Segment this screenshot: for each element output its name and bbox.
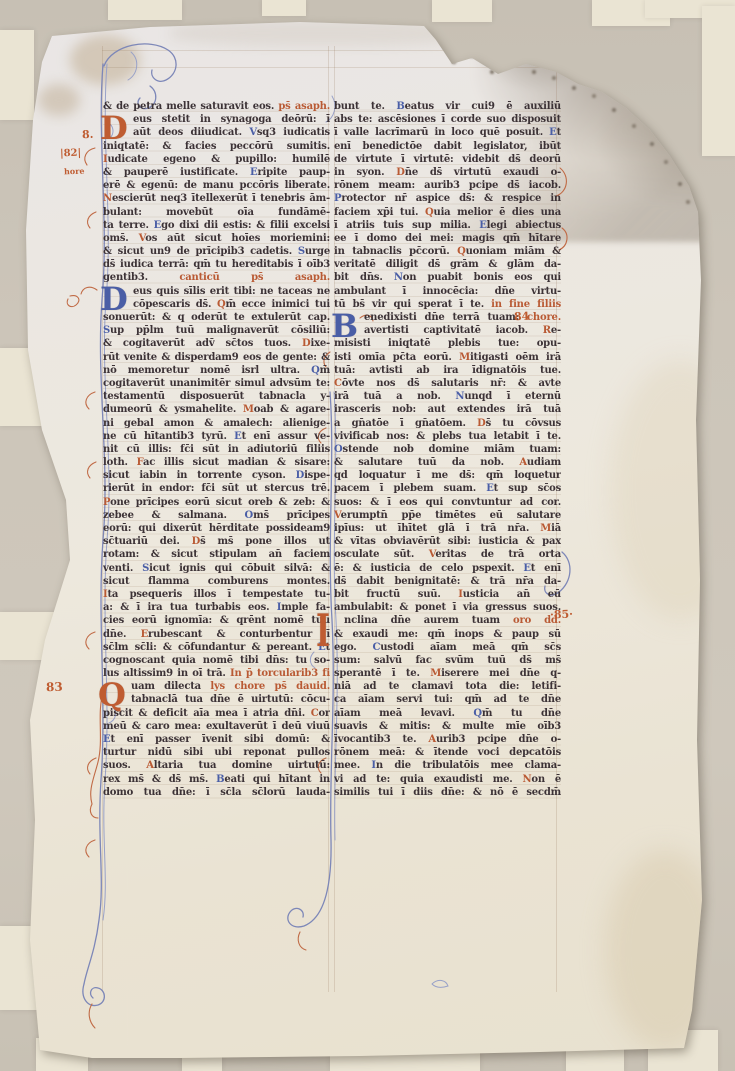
- rubric-segment: Q: [457, 246, 466, 257]
- text-segment: os aūt sicut hoīes moriemini:: [145, 233, 330, 244]
- text-segment: sc̄lm sc̄li: & cōfundantur & pereant.: [103, 642, 318, 653]
- text-segment: ī valle lacrīmarū in loco quē posuit.: [334, 127, 549, 138]
- text-segment: & pauperē iustificate.: [103, 167, 250, 178]
- text-segment: meū & caro mea: exultaverūt ī deū viuū: [103, 721, 330, 732]
- text-line: a gn̄atōe ī gn̄atōem. Ds̄ tu cōvsus: [334, 417, 561, 430]
- text-segment: a: & ī ira tua turbabis eos.: [103, 602, 277, 613]
- rubric-segment: S: [298, 246, 305, 257]
- text-segment: usticia an̄ eū: [463, 589, 561, 600]
- text-line: domo tua dn̄e: ī sc̄la sc̄lorū lauda-: [103, 786, 330, 799]
- text-segment: udicate egeno & pupillo: humilē: [107, 154, 330, 165]
- text-line: sicut flamma comburens montes.: [103, 575, 330, 588]
- text-line: misisti iniqtatē plebis tue: opu-: [334, 337, 561, 350]
- text-line: rūt venite & disperdam9 eos de gente: &: [103, 351, 330, 364]
- text-line: & de petra melle saturavit eos. ps̄ asap…: [103, 100, 330, 113]
- text-line: mee. In die tribulatōis mee clama-: [334, 759, 561, 772]
- text-line: vi ad te: quia exaudisti me. Non ē: [334, 773, 561, 786]
- text-line: ī valle lacrīmarū in loco quē posuit. Et: [334, 126, 561, 139]
- rubric-segment: B: [396, 101, 404, 112]
- text-segment: & exaudi me: qm̄ inops & paup sū: [334, 629, 561, 640]
- text-line: ds̄ iudica terrā: qm̄ tu hereditabis ī o…: [103, 258, 330, 271]
- text-segment: misisti iniqtatē plebis tue: opu-: [334, 338, 561, 349]
- text-segment: dn̄e.: [103, 629, 141, 640]
- text-line: Ita psequeris illos ī tempestate tu-: [103, 588, 330, 601]
- text-segment: ta psequeris illos ī tempestate tu-: [107, 589, 330, 600]
- text-segment: or: [318, 708, 330, 719]
- text-segment: s̄ ms̄ pone illos ut: [200, 536, 330, 547]
- rubric-segment: N: [103, 193, 112, 204]
- text-line: tabnaclā tua dn̄e ē uirtutū: cōcu-: [103, 693, 330, 706]
- text-line: qd̄ loquatur ī me ds̄: qm̄ loquetur: [334, 469, 561, 482]
- rubric-segment: O: [245, 510, 254, 521]
- text-line: faciem xp̄i tui. Quia melior ē dies una: [334, 206, 561, 219]
- text-segment: udiam: [527, 457, 561, 468]
- text-segment: iā: [551, 523, 561, 534]
- rubric-segment: Q: [425, 207, 434, 218]
- text-segment: eritas de trā orta: [435, 549, 561, 560]
- rubric-segment: Q: [217, 299, 226, 310]
- text-segment: t: [557, 127, 561, 138]
- text-segment: stende nob̄ domine miām tuam:: [343, 444, 561, 455]
- text-line: Cōvte nos ds̄ salutaris nr̄: & avte: [334, 377, 561, 390]
- text-segment: & sicut un9 de prīcipib3 cadetis.: [103, 246, 298, 257]
- text-segment: suos: & ī eos qui convtuntur ad cor.: [334, 497, 561, 508]
- text-segment: a gn̄atōe ī gn̄atōem.: [334, 418, 477, 429]
- text-segment: dumeorū & ysmahelite.: [103, 404, 243, 415]
- rubric-segment: E: [549, 127, 556, 138]
- text-segment: ltaria tua domine uirtutū:: [154, 760, 330, 771]
- text-line: enī benedictōe dabit legislator, ibūt: [334, 140, 561, 153]
- illuminated-initial: Q: [98, 679, 126, 711]
- text-line: irasceris nob̄: aut extendes irā tuā: [334, 403, 561, 416]
- rubric-segment: in fine filiis: [491, 299, 561, 310]
- text-segment: ca aīam servi tui: qm̄ ad te dn̄e: [334, 694, 561, 705]
- text-segment: piscit & deficit aīa mea ī atria dn̄i.: [103, 708, 311, 719]
- manuscript-photo: & de petra melle saturavit eos. ps̄ asap…: [0, 0, 735, 1071]
- text-segment: vivificab̄ nos: & plebs tua letabit ī te…: [334, 431, 561, 442]
- text-segment: faciem xp̄i tui.: [334, 207, 425, 218]
- text-segment: enedixisti dn̄e terrā tuam:: [364, 312, 527, 323]
- text-segment: ee ī domo dei mei: magis qm̄ hītare: [334, 233, 561, 244]
- text-segment: similis tui ī diis dn̄e: & nō ē secdm̄: [334, 787, 561, 798]
- text-segment: sc̄tuariū dei.: [103, 536, 192, 547]
- text-segment: aīam meā levavi.: [334, 708, 473, 719]
- rubric-segment: P: [103, 497, 110, 508]
- text-segment: bit fructū suū.: [334, 589, 458, 600]
- text-line: iniqtatē: & facies peccōrū sumitis.: [103, 140, 330, 153]
- text-line: uam dilecta lys chore ps̄ dauid.: [103, 680, 330, 693]
- text-segment: rex ms̄ & ds̄ ms̄.: [103, 774, 216, 785]
- text-line: ambulant ī innocēcia: dn̄e virtu-: [334, 285, 561, 298]
- rubric-segment: A: [146, 760, 154, 771]
- text-segment: m̄ tu dn̄e: [482, 708, 561, 719]
- text-segment: bunt te.: [334, 101, 396, 112]
- rubric-segment: R: [543, 325, 551, 336]
- text-segment: tabnaclā tua dn̄e ē uirtutū: cōcu-: [131, 694, 330, 705]
- text-segment: oab & agare-: [254, 404, 330, 415]
- text-segment: ī atriis tuis sup milia.: [334, 220, 479, 231]
- rubric-segment: M: [243, 404, 254, 415]
- text-line: nclina dn̄e aurem tuam oro dd̄.: [334, 614, 561, 627]
- rubric-segment: E: [234, 431, 241, 442]
- text-segment: isti omīa pc̄ta eorū.: [334, 352, 459, 363]
- rubric-segment: A: [428, 734, 436, 745]
- text-line: cognoscant quia nomē tibi dn̄s: tu so-: [103, 654, 330, 667]
- text-line: & exaudi me: qm̄ inops & paup sū: [334, 628, 561, 641]
- text-segment: venti.: [103, 563, 142, 574]
- text-segment: go dixi dii estis: & filii excelsi: [161, 220, 330, 231]
- text-segment: uam dilecta: [131, 681, 210, 692]
- text-line: & salutare tuū da nob̄. Audiam: [334, 456, 561, 469]
- text-segment: ē: & iusticia de celo pspexit.: [334, 563, 523, 574]
- text-line: tuā: avtisti ab ira īdignatōis tue.: [334, 364, 561, 377]
- text-segment: uia melior ē dies una: [434, 207, 562, 218]
- margin-annotation: hore: [64, 166, 85, 177]
- margin-annotation: 83: [46, 680, 63, 695]
- text-segment: ambulant ī innocēcia: dn̄e virtu-: [334, 286, 561, 297]
- rubric-segment: E: [523, 563, 530, 574]
- text-segment: veritatē diligit ds̄ grām & glām da-: [334, 259, 561, 270]
- text-segment: & salutare tuū da nob̄.: [334, 457, 519, 468]
- margin-annotation: |82|: [60, 148, 82, 160]
- text-segment: ac illis sicut madian & sisare:: [143, 457, 330, 468]
- text-segment: unqd̄ ī eternū: [464, 391, 561, 402]
- rubric-segment: M: [540, 523, 551, 534]
- text-line: suavis & mitis: & multe mīe oīb3: [334, 720, 561, 733]
- text-segment: legi abiectus: [487, 220, 561, 231]
- text-segment: & de petra melle saturavit eos.: [103, 101, 278, 112]
- text-segment: m̄ ecce inimici tui: [226, 299, 331, 310]
- text-line: Ostende nob̄ domine miām tuam:: [334, 443, 561, 456]
- text-segment: t enī: [531, 563, 561, 574]
- text-segment: eorū: qui dixerūt hērditate possideam9: [103, 523, 330, 534]
- rubric-segment: V: [334, 510, 341, 521]
- text-segment: e-: [551, 325, 561, 336]
- text-line: ego. Custodi aīam meā qm̄ sc̄s: [334, 641, 561, 654]
- text-segment: rōnem meā: & ītende voci depcatōis: [334, 747, 561, 758]
- rubric-segment: A: [519, 457, 527, 468]
- text-line: aīam meā levavi. Qm̄ tu dn̄e: [334, 707, 561, 720]
- text-segment: nō memoretur nomē isrl̄ ultra.: [103, 365, 311, 376]
- text-segment: sq3 iudicatis: [257, 127, 330, 138]
- text-line: vivificab̄ nos: & plebs tua letabit ī te…: [334, 430, 561, 443]
- text-segment: icut ignis qui cōbuit silvā: &: [149, 563, 330, 574]
- text-column-a: & de petra melle saturavit eos. ps̄ asap…: [103, 100, 330, 801]
- text-line: meū & caro mea: exultaverūt ī deū viuū: [103, 720, 330, 733]
- text-segment: ambulabit: & ponet ī via gressus suos.: [334, 602, 561, 613]
- text-segment: rubescant & conturbentur ī: [148, 629, 330, 640]
- text-line: oms̄. Vos aūt sicut hoīes moriemini:: [103, 232, 330, 245]
- text-line: ī atriis tuis sup milia. Elegi abiectus: [334, 219, 561, 232]
- text-segment: eus stetit in synagoga deōrū: ī medio: [133, 114, 330, 126]
- text-segment: t enī passer īvenit sibi domū: &: [110, 734, 330, 745]
- text-line: dumeorū & ysmahelite. Moab & agare-: [103, 403, 330, 416]
- text-line: Nescierūt neq3 ītellexerūt ī tenebris ām…: [103, 192, 330, 205]
- rubric-segment: S: [103, 325, 110, 336]
- rubric-segment: C: [334, 378, 342, 389]
- rubric-segment: lys chore ps̄ dauid.: [210, 681, 330, 692]
- text-segment: t enī assur ve-: [242, 431, 330, 442]
- text-line: suos: & ī eos qui convtuntur ad cor.: [334, 496, 561, 509]
- rubric-segment: In p̄ torcularib3 fi: [230, 668, 330, 679]
- rubric-segment: ps̄ asaph.: [278, 101, 330, 112]
- text-segment: & cogitaverūt adv̄ sc̄tos tuos.: [103, 338, 302, 349]
- text-line: testamentū disposuerūt tabnacla y-: [103, 390, 330, 403]
- text-segment: on ē: [531, 774, 561, 785]
- text-line: sc̄lm sc̄li: & cōfundantur & pereant. Et: [103, 641, 330, 654]
- text-line: Et enī passer īvenit sibi domū: &: [103, 733, 330, 746]
- text-line: īvocantib3 te. Aurib3 pcipe dn̄e o-: [334, 733, 561, 746]
- text-line: bunt te. Beatus vir cui9 ē auxiliū: [334, 100, 561, 113]
- text-line: zebee & salmana. Oms̄ prīcipes: [103, 509, 330, 522]
- rubric-segment: V: [249, 127, 257, 138]
- rubric-segment: N: [394, 272, 403, 283]
- text-line: aūt deos diiudicat. Vsq3 iudicatis: [103, 126, 330, 139]
- text-segment: cōpescaris ds̄.: [133, 299, 217, 310]
- text-line: Sup pp̄lm tuū malignaverūt cōsiliū:: [103, 324, 330, 337]
- text-line: lus altissim9 in oī trā. In p̄ torculari…: [103, 667, 330, 680]
- text-segment: vi ad te: quia exaudisti me.: [334, 774, 522, 785]
- text-line: ne cū hītantib3 tyrū. Et enī assur ve-: [103, 430, 330, 443]
- rubric-segment: E: [141, 629, 148, 640]
- rubric-segment: D: [396, 167, 404, 178]
- text-line: nit cū illis: fc̄i sūt in adiutoriū fili…: [103, 443, 330, 456]
- text-line: abs te: ascēsiones ī corde suo disposuit: [334, 113, 561, 126]
- rubric-segment: E: [154, 220, 161, 231]
- text-segment: oms̄.: [103, 233, 139, 244]
- rubric-segment: M: [459, 352, 470, 363]
- text-segment: qd̄ loquatur ī me ds̄: qm̄ loquetur: [334, 470, 561, 481]
- text-segment: niā ad te clamavi tota die: letifi-: [334, 681, 561, 692]
- text-line: ca aīam servi tui: qm̄ ad te dn̄e: [334, 693, 561, 706]
- text-line: & vītas obviavērūt sibi: iusticia & pax: [334, 535, 561, 548]
- text-segment: loth.: [103, 457, 137, 468]
- text-line: & sicut un9 de prīcipib3 cadetis. Surge: [103, 245, 330, 258]
- text-line: sperantē ī te. Miserere mei dn̄e q-: [334, 667, 561, 680]
- text-segment: one prīcipes eorū sicut oreb & zeb: &: [110, 497, 330, 508]
- text-line: sum: salvū fac svūm tuū ds̄ ms̄: [334, 654, 561, 667]
- text-column-b: bunt te. Beatus vir cui9 ē auxiliūabs te…: [334, 100, 561, 801]
- text-line: & pauperē iustificate. Eripite paup-: [103, 166, 330, 179]
- text-segment: enī benedictōe dabit legislator, ibūt: [334, 141, 561, 152]
- text-line: bulant: movebūt oīa fundāmē-: [103, 206, 330, 219]
- text-segment: nit cū illis: fc̄i sūt in adiutoriū fili…: [103, 444, 330, 455]
- text-segment: cogitaverūt unanimitēr simul advsūm te:: [103, 378, 330, 389]
- text-segment: cies eorū ignomīa: & qrēnt nomē tuū: [103, 615, 330, 626]
- rubric-segment: E: [486, 483, 493, 494]
- text-segment: aūt deos diiudicat.: [133, 127, 249, 138]
- text-line: irā tuā a nob̄. Nunqd̄ ī eternū: [334, 390, 561, 403]
- margin-annotation: 8.: [82, 128, 94, 141]
- text-segment: up pp̄lm tuū malignaverūt cōsiliū:: [110, 325, 330, 336]
- text-line: dn̄e. Erubescant & conturbentur ī: [103, 628, 330, 641]
- text-line: de virtute ī virtutē: videbit ds̄ deorū: [334, 153, 561, 166]
- text-line: ambulabit: & ponet ī via gressus suos.: [334, 601, 561, 614]
- text-line: turtur nidū sibi ubi reponat pullos: [103, 746, 330, 759]
- text-segment: zebee & salmana.: [103, 510, 245, 521]
- text-line: niā ad te clamavi tota die: letifi-: [334, 680, 561, 693]
- text-line: nō memoretur nomē isrl̄ ultra. Qm̄: [103, 364, 330, 377]
- text-line: rierūt in endor: fc̄i sūt ut stercus trē…: [103, 482, 330, 495]
- text-segment: ixe-: [311, 338, 330, 349]
- text-segment: cognoscant quia nomē tibi dn̄s: tu so-: [103, 655, 330, 666]
- text-segment: ne cū hītantib3 tyrū.: [103, 431, 234, 442]
- text-segment: ds̄ dabit benignitatē: & trā nr̄a da-: [334, 576, 561, 587]
- rubric-segment: D: [192, 536, 200, 547]
- text-segment: de virtute ī virtutē: videbit ds̄ deorū: [334, 154, 561, 165]
- text-line: Verumptn̄ pp̄e timētes eū salutare: [334, 509, 561, 522]
- text-segment: avertisti captivitatē iacob.: [364, 325, 543, 336]
- text-line: ds̄ dabit benignitatē: & trā nr̄a da-: [334, 575, 561, 588]
- text-segment: ripite paup-: [257, 167, 330, 178]
- text-segment: ta terre.: [103, 220, 154, 231]
- rubric-segment: Q: [311, 365, 320, 376]
- text-line: ni gebal amon & amalech: alienige-: [103, 417, 330, 430]
- text-line: similis tui ī diis dn̄e: & nō ē secdm̄: [334, 786, 561, 799]
- text-segment: irasceris nob̄: aut extendes irā tuā: [334, 404, 561, 415]
- illuminated-initial: B: [331, 310, 358, 342]
- text-segment: rotector nr̄ aspice ds̄: & respice in: [341, 193, 561, 204]
- text-segment: sperantē ī te.: [334, 668, 430, 679]
- text-line: eorū: qui dixerūt hērditate possideam9: [103, 522, 330, 535]
- text-segment: ipīus: ut īhītet glā ī trā nr̄a.: [334, 523, 540, 534]
- rubric-segment: canticū ps̄ asaph.: [179, 272, 330, 283]
- text-segment: itigasti oēm irā: [470, 352, 561, 363]
- text-segment: & vītas obviavērūt sibi: iusticia & pax: [334, 536, 561, 547]
- text-segment: sicut iabin in torrente cyson.: [103, 470, 296, 481]
- text-segment: eati qui hītant in: [224, 774, 330, 785]
- text-line: avertisti captivitatē iacob. Re-: [334, 324, 561, 337]
- text-line: Pone prīcipes eorū sicut oreb & zeb: &: [103, 496, 330, 509]
- text-segment: sicut flamma comburens montes.: [103, 576, 330, 587]
- rubric-segment: E: [479, 220, 486, 231]
- text-segment: in tabnaclis pc̄corū.: [334, 246, 457, 257]
- text-segment: bulant: movebūt oīa fundāmē-: [103, 207, 330, 218]
- text-line: a: & ī ira tua turbabis eos. Imple fa-: [103, 601, 330, 614]
- text-segment: ni gebal amon & amalech: alienige-: [103, 418, 330, 429]
- illuminated-initial: I: [316, 610, 330, 655]
- text-line: in tabnaclis pc̄corū. Quoniam miām &: [334, 245, 561, 258]
- rubric-segment: N: [455, 391, 464, 402]
- text-line: veritatē diligit ds̄ grām & glām da-: [334, 258, 561, 271]
- text-segment: pacem ī plebem suam.: [334, 483, 486, 494]
- text-segment: ds̄ iudica terrā: qm̄ tu hereditabis ī o…: [103, 259, 330, 270]
- text-line: cōpescaris ds̄. Qm̄ ecce inimici tui: [103, 298, 330, 311]
- text-segment: turtur nidū sibi ubi reponat pullos: [103, 747, 330, 758]
- text-segment: ms̄ prīcipes: [253, 510, 330, 521]
- text-line: suos. Altaria tua domine uirtutū:: [103, 759, 330, 772]
- text-segment: mee.: [334, 760, 371, 771]
- text-segment: sum: salvū fac svūm tuū ds̄ ms̄: [334, 655, 561, 666]
- parchment-leaf: & de petra melle saturavit eos. ps̄ asap…: [0, 0, 735, 1071]
- text-line: rex ms̄ & ds̄ ms̄. Beati qui hītant in: [103, 773, 330, 786]
- text-segment: ōvte nos ds̄ salutaris nr̄: & avte: [342, 378, 561, 389]
- rubric-segment: Q: [473, 708, 482, 719]
- text-segment: ispe-: [304, 470, 330, 481]
- text-segment: t sup sc̄os: [494, 483, 561, 494]
- rubric-segment: M: [430, 668, 441, 679]
- text-line: in syon. Dn̄e ds̄ virtutū exaudi o-: [334, 166, 561, 179]
- illuminated-initial: D: [100, 112, 128, 144]
- text-line: cies eorū ignomīa: & qrēnt nomē tuū: [103, 614, 330, 627]
- text-segment: bit dn̄s.: [334, 272, 394, 283]
- text-line: erē & egenū: de manu pccōris liberate.: [103, 179, 330, 192]
- text-line: bit dn̄s. Non puabit bonis eos qui: [334, 271, 561, 284]
- text-line: sonuerūt: & q oderūt te extulerūt cap.: [103, 311, 330, 324]
- text-segment: eatus vir cui9 ē auxiliū: [405, 101, 561, 112]
- text-segment: erumptn̄ pp̄e timētes eū salutare: [341, 510, 561, 521]
- text-line: rotam: & sicut stipulam an̄ faciem: [103, 548, 330, 561]
- text-segment: irā tuā a nob̄.: [334, 391, 455, 402]
- text-line: rōnem meam: aurib3 pcipe ds̄ iacob.: [334, 179, 561, 192]
- illuminated-initial: D: [100, 283, 128, 315]
- text-line: isti omīa pc̄ta eorū. Mitigasti oēm irā: [334, 351, 561, 364]
- rubric-segment: D: [296, 470, 304, 481]
- text-segment: s̄ tu cōvsus: [486, 418, 561, 429]
- text-segment: tuā: avtisti ab ira īdignatōis tue.: [334, 365, 561, 376]
- text-line: ta terre. Ego dixi dii estis: & filii ex…: [103, 219, 330, 232]
- rubric-segment: chore.: [527, 312, 561, 323]
- text-segment: urib3 pcipe dn̄e o-: [436, 734, 561, 745]
- text-segment: n̄e ds̄ virtutū exaudi o-: [405, 167, 561, 178]
- text-segment: rōnem meam: aurib3 pcipe ds̄ iacob.: [334, 180, 561, 191]
- text-line: ee ī domo dei mei: magis qm̄ hītare: [334, 232, 561, 245]
- text-segment: rūt venite & disperdam9 eos de gente: &: [103, 352, 330, 363]
- text-line: Protector nr̄ aspice ds̄: & respice in: [334, 192, 561, 205]
- text-segment: iserere mei dn̄e q-: [441, 668, 561, 679]
- text-line: loth. Fac illis sicut madian & sisare:: [103, 456, 330, 469]
- text-segment: īvocantib3 te.: [334, 734, 428, 745]
- text-line: cogitaverūt unanimitēr simul advsūm te:: [103, 377, 330, 390]
- text-line: ipīus: ut īhītet glā ī trā nr̄a. Miā: [334, 522, 561, 535]
- text-line: sicut iabin in torrente cyson. Dispe-: [103, 469, 330, 482]
- margin-annotation: 84: [514, 310, 530, 324]
- text-line: sc̄tuariū dei. Ds̄ ms̄ pone illos ut: [103, 535, 330, 548]
- text-line: osculate sūt. Veritas de trā orta: [334, 548, 561, 561]
- text-line: venti. Sicut ignis qui cōbuit silvā: &: [103, 562, 330, 575]
- text-segment: erē & egenū: de manu pccōris liberate.: [103, 180, 330, 191]
- text-line: gentib3. canticū ps̄ asaph.: [103, 271, 330, 284]
- text-segment: ego.: [334, 642, 372, 653]
- text-segment: in syon.: [334, 167, 396, 178]
- text-segment: suos.: [103, 760, 146, 771]
- text-line: eus quis sīlis erit tibi: ne taceas ne: [103, 285, 330, 298]
- text-segment: sonuerūt: & q oderūt te extulerūt cap.: [103, 312, 330, 323]
- text-segment: ustodi aīam meā qm̄ sc̄s: [380, 642, 561, 653]
- text-segment: osculate sūt.: [334, 549, 429, 560]
- margin-annotation: ·85·: [550, 608, 573, 622]
- text-segment: suavis & mitis: & multe mīe oīb3: [334, 721, 561, 732]
- text-segment: n die tribulatōis mee clama-: [376, 760, 561, 771]
- text-segment: rotam: & sicut stipulam an̄ faciem: [103, 549, 330, 560]
- text-line: bit fructū suū. Iusticia an̄ eū: [334, 588, 561, 601]
- text-segment: uoniam miām &: [466, 246, 561, 257]
- rubric-segment: D: [302, 338, 310, 349]
- text-line: rōnem meā: & ītende voci depcatōis: [334, 746, 561, 759]
- text-segment: on puabit bonis eos qui: [403, 272, 561, 283]
- rubric-segment: D: [477, 418, 485, 429]
- text-line: eus stetit in synagoga deōrū: ī medio: [103, 113, 330, 126]
- text-segment: testamentū disposuerūt tabnacla y-: [103, 391, 330, 402]
- rubric-segment: O: [334, 444, 343, 455]
- text-line: Iudicate egeno & pupillo: humilē: [103, 153, 330, 166]
- text-line: ē: & iusticia de celo pspexit. Et enī: [334, 562, 561, 575]
- text-segment: iniqtatē: & facies peccōrū sumitis.: [103, 141, 330, 152]
- text-segment: rierūt in endor: fc̄i sūt ut stercus trē…: [103, 483, 330, 494]
- text-segment: nclina dn̄e aurem tuam: [344, 615, 513, 626]
- text-segment: m̄: [320, 365, 330, 376]
- text-segment: escierūt neq3 ītellexerūt ī tenebris ām-: [112, 193, 330, 204]
